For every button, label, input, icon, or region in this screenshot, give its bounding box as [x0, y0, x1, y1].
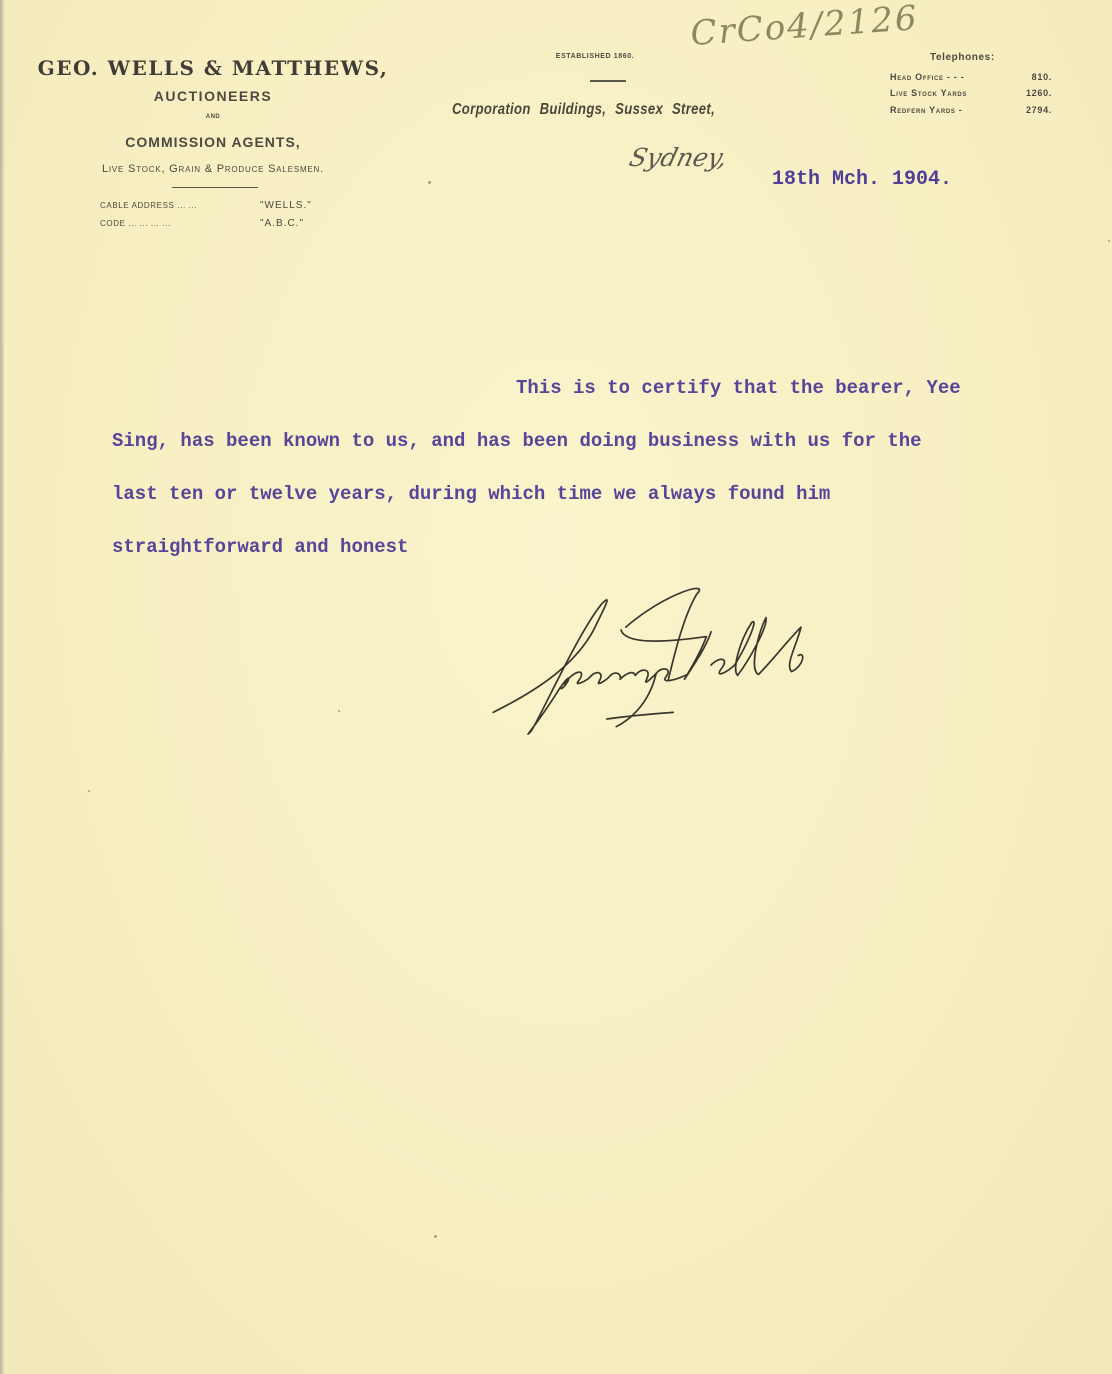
body-line: last ten or twelve years, during which t… [112, 483, 830, 505]
paper-speck [434, 1235, 437, 1238]
phone-label: Redfern Yards - [890, 105, 963, 115]
code-row: CODE ... ... ... ..."A.B.C." [100, 218, 340, 229]
phone-live-stock-yards: Live Stock Yards1260. [890, 88, 1052, 98]
phone-label: Head Office - - - [890, 72, 964, 82]
firm-name: GEO. WELLS & MATTHEWS, [30, 56, 396, 80]
telephones-title: Telephones: [930, 52, 995, 63]
letterhead-divider [172, 187, 258, 188]
firm-address: Corporation Buildings, Sussex Street, [452, 101, 715, 119]
business-commission-agents: COMMISSION AGENTS, [30, 134, 396, 150]
business-salesmen: Live Stock, Grain & Produce Salesmen. [30, 163, 396, 175]
cable-address-value: "WELLS." [260, 200, 312, 211]
code-label: CODE ... ... ... ... [100, 219, 260, 228]
body-line: Sing, has been known to us, and has been… [112, 430, 922, 452]
center-divider [590, 80, 626, 82]
paper-speck [338, 710, 340, 712]
phone-number: 810. [1032, 72, 1052, 82]
business-and: AND [30, 114, 396, 120]
phone-label: Live Stock Yards [890, 88, 967, 98]
signature-george-wells: George Wells [470, 575, 990, 755]
paper-speck [88, 790, 90, 792]
phone-number: 2794. [1026, 105, 1052, 115]
code-value: "A.B.C." [260, 218, 304, 229]
business-auctioneers: AUCTIONEERS [30, 88, 396, 104]
paper-speck [428, 181, 431, 184]
place-name: Sydney, [626, 143, 730, 172]
phone-number: 1260. [1026, 88, 1052, 98]
paper-speck [1108, 240, 1110, 242]
body-line: This is to certify that the bearer, Yee [516, 377, 961, 399]
phone-head-office: Head Office - - -810. [890, 72, 1052, 82]
phone-redfern-yards: Redfern Yards -2794. [890, 105, 1052, 115]
body-line: straightforward and honest [112, 536, 408, 558]
letter-date: 18th Mch. 1904. [772, 168, 952, 191]
paper-edge [0, 0, 4, 1374]
cable-address-label: CABLE ADDRESS ... ... [100, 201, 260, 210]
established-year: ESTABLISHED 1860. [540, 53, 650, 60]
cable-address-row: CABLE ADDRESS ... ..."WELLS." [100, 200, 340, 211]
